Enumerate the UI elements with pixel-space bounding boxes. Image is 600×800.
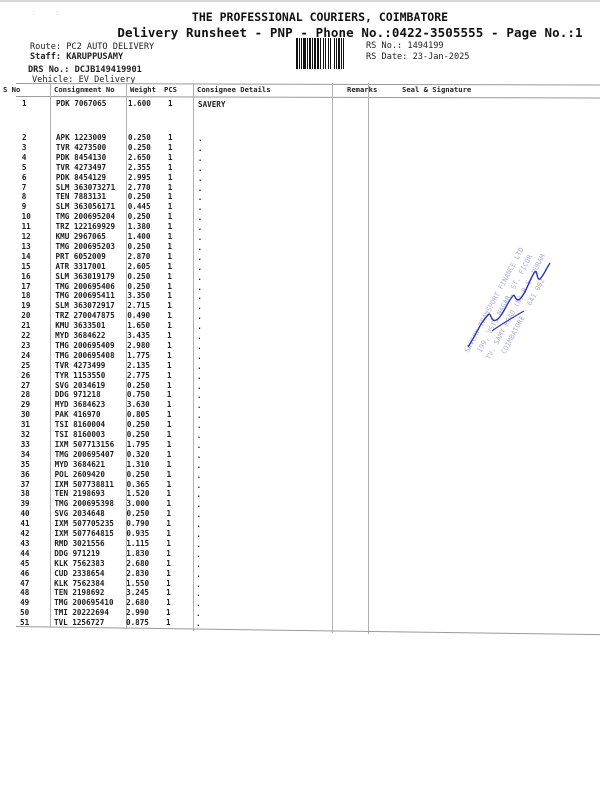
row-pcs: 1 bbox=[166, 549, 171, 558]
row-weight: 0.250 bbox=[127, 272, 150, 281]
row-consignment-no: DDG 971219 bbox=[54, 549, 100, 558]
row-consignee: . bbox=[197, 312, 202, 321]
row-consignment-no: IXM 507764815 bbox=[54, 529, 113, 538]
row-sno: 23 bbox=[21, 341, 30, 350]
row-consignment-no: TVL 1256727 bbox=[54, 618, 104, 627]
rs-number: RS No.: 1494199 bbox=[366, 41, 444, 51]
row-sno: 25 bbox=[21, 361, 30, 370]
row-pcs: 1 bbox=[168, 133, 173, 142]
row-weight: 0.250 bbox=[128, 192, 151, 201]
row-pcs: 1 bbox=[167, 341, 172, 350]
row-pcs: 1 bbox=[167, 311, 172, 320]
row-consignee: . bbox=[198, 243, 203, 252]
row-weight: 0.445 bbox=[128, 202, 151, 211]
row-weight: 0.935 bbox=[126, 529, 149, 538]
row-weight: 0.250 bbox=[128, 212, 151, 221]
row-consignment-no: TMI 20222694 bbox=[54, 608, 109, 617]
row-sno: 4 bbox=[22, 153, 27, 162]
row-weight: 0.250 bbox=[128, 133, 151, 142]
row-consignee: . bbox=[196, 580, 201, 589]
row-weight: 2.830 bbox=[126, 569, 149, 578]
row-pcs: 1 bbox=[167, 291, 172, 300]
row-pcs: 1 bbox=[167, 489, 172, 498]
row-consignee: . bbox=[196, 560, 201, 569]
row-weight: 2.715 bbox=[127, 301, 150, 310]
row-weight: 0.490 bbox=[127, 311, 150, 320]
row-consignment-no: TSI 8160003 bbox=[55, 430, 105, 439]
row-consignment-no: KLK 7562383 bbox=[54, 559, 104, 568]
col-header-pcs: PCS bbox=[164, 83, 177, 96]
row-pcs: 1 bbox=[168, 173, 173, 182]
row-consignment-no: TMG 200695398 bbox=[54, 499, 113, 508]
row-sno: 1 bbox=[22, 99, 27, 108]
row-consignee: . bbox=[197, 431, 202, 440]
row-consignee: . bbox=[196, 599, 201, 608]
row-sno: 27 bbox=[21, 381, 30, 390]
row-consignment-no: TMG 200695407 bbox=[55, 450, 114, 459]
row-weight: 2.355 bbox=[128, 163, 151, 172]
row-weight: 2.870 bbox=[127, 252, 150, 261]
col-divider-seal bbox=[368, 83, 369, 634]
barcode-icon bbox=[296, 38, 362, 69]
row-consignee: . bbox=[196, 510, 201, 519]
row-sno: 45 bbox=[20, 559, 29, 568]
row-consignee: . bbox=[196, 619, 201, 628]
row-consignment-no: PAK 416970 bbox=[55, 410, 101, 419]
row-pcs: 1 bbox=[166, 579, 171, 588]
row-consignee: . bbox=[198, 164, 203, 173]
row-consignment-no: KMU 3633501 bbox=[55, 321, 105, 330]
row-pcs: 1 bbox=[166, 559, 171, 568]
row-weight: 3.350 bbox=[127, 291, 150, 300]
row-weight: 0.320 bbox=[127, 450, 150, 459]
row-consignee: . bbox=[196, 530, 201, 539]
row-pcs: 1 bbox=[167, 420, 172, 429]
row-sno: 41 bbox=[20, 519, 29, 528]
row-consignee: . bbox=[196, 540, 201, 549]
row-consignment-no: TMG 200695411 bbox=[55, 291, 114, 300]
row-pcs: 1 bbox=[168, 242, 173, 251]
row-weight: 1.795 bbox=[127, 440, 150, 449]
row-sno: 44 bbox=[20, 549, 29, 558]
col-header-sno: S No bbox=[3, 83, 20, 96]
row-consignee: . bbox=[197, 372, 202, 381]
row-consignment-no: PDK 8454129 bbox=[56, 173, 106, 182]
row-consignee: . bbox=[197, 332, 202, 341]
row-sno: 15 bbox=[21, 262, 30, 271]
row-consignee: . bbox=[198, 154, 203, 163]
row-sno: 8 bbox=[22, 192, 27, 201]
row-sno: 6 bbox=[22, 173, 27, 182]
row-sno: 19 bbox=[21, 301, 30, 310]
company-title: THE PROFESSIONAL COURIERS, COIMBATORE bbox=[20, 10, 600, 24]
row-sno: 29 bbox=[21, 400, 30, 409]
row-weight: 3.000 bbox=[126, 499, 149, 508]
row-sno: 49 bbox=[20, 598, 29, 607]
row-weight: 0.250 bbox=[127, 381, 150, 390]
row-consignment-no: TSI 8160004 bbox=[55, 420, 105, 429]
row-consignee: . bbox=[197, 421, 202, 430]
row-consignment-no: SLM 363072917 bbox=[55, 301, 114, 310]
col-divider-consignment bbox=[50, 83, 51, 627]
row-pcs: 1 bbox=[167, 301, 172, 310]
row-sno: 7 bbox=[22, 183, 27, 192]
col-divider-remarks bbox=[332, 83, 333, 633]
row-pcs: 1 bbox=[167, 480, 172, 489]
row-consignment-no: TMG 200695406 bbox=[55, 282, 114, 291]
row-consignment-no: MYD 3684621 bbox=[55, 460, 105, 469]
row-consignment-no: TYR 1153550 bbox=[55, 371, 105, 380]
table-bottom-border bbox=[16, 626, 600, 635]
row-sno: 22 bbox=[21, 331, 30, 340]
row-consignee: . bbox=[198, 223, 203, 232]
row-weight: 2.770 bbox=[128, 183, 151, 192]
drs-number: DRS No.: DCJB149419901 bbox=[28, 65, 142, 75]
row-consignment-no: TVR 4273497 bbox=[56, 163, 106, 172]
row-pcs: 1 bbox=[167, 262, 172, 271]
col-header-seal: Seal & Signature bbox=[402, 83, 471, 96]
row-sno: 51 bbox=[20, 618, 29, 627]
row-consignee: . bbox=[198, 174, 203, 183]
col-header-remarks: Remarks bbox=[347, 83, 377, 96]
row-pcs: 1 bbox=[166, 539, 171, 548]
row-consignee: . bbox=[197, 382, 202, 391]
row-sno: 32 bbox=[21, 430, 30, 439]
row-weight: 2.990 bbox=[126, 608, 149, 617]
row-sno: 38 bbox=[21, 489, 30, 498]
row-consignee: . bbox=[196, 520, 201, 529]
svg-text:COIMBATORE - 641 002: COIMBATORE - 641 002 bbox=[500, 277, 547, 355]
row-weight: 0.250 bbox=[127, 282, 150, 291]
row-pcs: 1 bbox=[166, 588, 171, 597]
row-sno: 37 bbox=[21, 480, 30, 489]
row-consignment-no: SLM 363019179 bbox=[55, 272, 114, 281]
row-weight: 0.250 bbox=[126, 509, 149, 518]
row-consignment-no: TEN 2198693 bbox=[55, 489, 105, 498]
row-consignment-no: TVR 4273499 bbox=[55, 361, 105, 370]
row-consignee: . bbox=[197, 461, 202, 470]
row-pcs: 1 bbox=[167, 460, 172, 469]
row-consignment-no: IXM 507705235 bbox=[54, 519, 113, 528]
row-sno: 33 bbox=[21, 440, 30, 449]
row-pcs: 1 bbox=[167, 400, 172, 409]
row-consignment-no: APK 1223009 bbox=[56, 133, 106, 142]
staff-label: Staff: KARUPPUSAMY bbox=[30, 52, 123, 62]
row-pcs: 1 bbox=[168, 222, 173, 231]
row-sno: 12 bbox=[22, 232, 31, 241]
row-consignment-no: MYD 3684622 bbox=[55, 331, 105, 340]
row-consignment-no: SLM 363056171 bbox=[56, 202, 115, 211]
row-sno: 21 bbox=[21, 321, 30, 330]
row-sno: 35 bbox=[21, 460, 30, 469]
row-sno: 39 bbox=[20, 499, 29, 508]
row-sno: 42 bbox=[20, 529, 29, 538]
row-sno: 48 bbox=[20, 588, 29, 597]
svg-text:TV. SAMY ROAD (N) R.S. PURAM: TV. SAMY ROAD (N) R.S. PURAM bbox=[485, 253, 547, 361]
row-consignee: . bbox=[197, 292, 202, 301]
row-consignee: . bbox=[197, 362, 202, 371]
row-consignment-no: PDK 7067065 bbox=[56, 99, 106, 108]
row-pcs: 1 bbox=[168, 192, 173, 201]
row-consignee: . bbox=[197, 322, 202, 331]
row-weight: 1.600 bbox=[128, 99, 151, 108]
row-weight: 3.630 bbox=[127, 400, 150, 409]
row-weight: 3.435 bbox=[127, 331, 150, 340]
row-pcs: 1 bbox=[167, 252, 172, 261]
row-consignee: . bbox=[198, 144, 203, 153]
row-pcs: 1 bbox=[166, 608, 171, 617]
row-consignee: . bbox=[196, 589, 201, 598]
row-weight: 1.650 bbox=[127, 321, 150, 330]
row-consignment-no: TEN 2198692 bbox=[54, 588, 104, 597]
row-consignment-no: TMG 200695408 bbox=[55, 351, 114, 360]
row-consignee: . bbox=[197, 471, 202, 480]
row-weight: 1.775 bbox=[127, 351, 150, 360]
row-sno: 10 bbox=[22, 212, 31, 221]
row-sno: 9 bbox=[22, 202, 27, 211]
row-consignment-no: ATR 3317001 bbox=[55, 262, 105, 271]
row-pcs: 1 bbox=[166, 569, 171, 578]
row-consignment-no: DDG 971218 bbox=[55, 390, 101, 399]
row-consignment-no: PRT 6052009 bbox=[55, 252, 105, 261]
row-consignee: . bbox=[197, 263, 202, 272]
row-consignee: . bbox=[197, 283, 202, 292]
row-sno: 17 bbox=[21, 282, 30, 291]
row-pcs: 1 bbox=[167, 381, 172, 390]
row-consignment-no: TMG 200695203 bbox=[56, 242, 115, 251]
row-weight: 2.680 bbox=[126, 598, 149, 607]
row-weight: 2.680 bbox=[126, 559, 149, 568]
row-sno: 31 bbox=[21, 420, 30, 429]
row-consignment-no: CUD 2338654 bbox=[54, 569, 104, 578]
row-consignment-no: IXM 507713156 bbox=[55, 440, 114, 449]
row-pcs: 1 bbox=[166, 509, 171, 518]
row-consignee: . bbox=[197, 342, 202, 351]
row-sno: 50 bbox=[20, 608, 29, 617]
row-weight: 0.250 bbox=[128, 143, 151, 152]
row-pcs: 1 bbox=[168, 143, 173, 152]
row-consignment-no: SLM 363073271 bbox=[56, 183, 115, 192]
row-consignee: . bbox=[196, 609, 201, 618]
col-header-weight: Weight bbox=[130, 83, 156, 96]
row-consignee: . bbox=[197, 253, 202, 262]
row-consignment-no: TRZ 122169929 bbox=[56, 222, 115, 231]
row-pcs: 1 bbox=[167, 440, 172, 449]
row-weight: 0.790 bbox=[126, 519, 149, 528]
svg-text:SAVERY TRANSPORT FINANCE LTD: SAVERY TRANSPORT FINANCE LTD bbox=[463, 246, 525, 354]
row-sno: 40 bbox=[20, 509, 29, 518]
row-weight: 1.830 bbox=[126, 549, 149, 558]
row-consignee: . bbox=[196, 550, 201, 559]
row-pcs: 1 bbox=[168, 202, 173, 211]
row-consignee: . bbox=[197, 273, 202, 282]
row-pcs: 1 bbox=[166, 618, 171, 627]
row-pcs: 1 bbox=[168, 232, 173, 241]
col-header-consignment: Consignment No bbox=[54, 83, 115, 96]
row-weight: 3.245 bbox=[126, 588, 149, 597]
row-consignee: . bbox=[198, 193, 203, 202]
row-pcs: 1 bbox=[167, 450, 172, 459]
route-label: Route: PC2 AUTO DELIVERY bbox=[30, 42, 154, 52]
row-consignment-no: PDK 8454130 bbox=[56, 153, 106, 162]
row-consignment-no: RMD 3021556 bbox=[54, 539, 104, 548]
row-consignee: . bbox=[198, 184, 203, 193]
row-consignee: . bbox=[197, 481, 202, 490]
row-sno: 43 bbox=[20, 539, 29, 548]
row-consignment-no: MYD 3684623 bbox=[55, 400, 105, 409]
row-pcs: 1 bbox=[167, 410, 172, 419]
row-consignee: . bbox=[198, 203, 203, 212]
row-consignee: . bbox=[197, 401, 202, 410]
row-weight: 0.365 bbox=[127, 480, 150, 489]
row-sno: 28 bbox=[21, 390, 30, 399]
row-pcs: 1 bbox=[166, 499, 171, 508]
row-weight: 2.135 bbox=[127, 361, 150, 370]
row-sno: 34 bbox=[21, 450, 30, 459]
row-consignee: . bbox=[196, 500, 201, 509]
row-sno: 14 bbox=[21, 252, 30, 261]
row-consignee: . bbox=[197, 451, 202, 460]
row-sno: 3 bbox=[22, 143, 27, 152]
row-consignee: . bbox=[197, 352, 202, 361]
row-pcs: 1 bbox=[167, 470, 172, 479]
row-consignee: . bbox=[197, 441, 202, 450]
row-weight: 0.250 bbox=[127, 430, 150, 439]
row-consignment-no: TMG 200695410 bbox=[54, 598, 113, 607]
row-sno: 16 bbox=[21, 272, 30, 281]
row-sno: 24 bbox=[21, 351, 30, 360]
row-weight: 2.650 bbox=[128, 153, 151, 162]
row-pcs: 1 bbox=[168, 183, 173, 192]
row-pcs: 1 bbox=[167, 390, 172, 399]
row-sno: 2 bbox=[22, 133, 27, 142]
row-sno: 11 bbox=[22, 222, 31, 231]
row-pcs: 1 bbox=[166, 529, 171, 538]
row-consignment-no: SVG 2034648 bbox=[54, 509, 104, 518]
row-pcs: 1 bbox=[166, 519, 171, 528]
row-pcs: 1 bbox=[168, 212, 173, 221]
row-sno: 20 bbox=[21, 311, 30, 320]
row-consignment-no: TRZ 270047875 bbox=[55, 311, 114, 320]
seal-stamp-icon: SAVERY TRANSPORT FINANCE LTD 199, VSTS N… bbox=[440, 235, 580, 375]
row-weight: 2.980 bbox=[127, 341, 150, 350]
row-pcs: 1 bbox=[167, 371, 172, 380]
row-consignment-no: TMG 200695204 bbox=[56, 212, 115, 221]
row-consignee: . bbox=[198, 233, 203, 242]
row-pcs: 1 bbox=[167, 351, 172, 360]
row-weight: 0.250 bbox=[127, 420, 150, 429]
row-weight: 1.550 bbox=[126, 579, 149, 588]
row-consignment-no: TEN 7883131 bbox=[56, 192, 106, 201]
row-sno: 13 bbox=[22, 242, 31, 251]
row-weight: 0.250 bbox=[127, 470, 150, 479]
scan-top-edge bbox=[0, 0, 600, 2]
row-weight: 1.310 bbox=[127, 460, 150, 469]
row-sno: 30 bbox=[21, 410, 30, 419]
row-sno: 36 bbox=[21, 470, 30, 479]
row-weight: 2.995 bbox=[128, 173, 151, 182]
row-weight: 1.520 bbox=[127, 489, 150, 498]
row-weight: 1.115 bbox=[126, 539, 149, 548]
row-consignment-no: TMG 200695409 bbox=[55, 341, 114, 350]
row-consignment-no: KLK 7562384 bbox=[54, 579, 104, 588]
row-consignment-no: SVG 2034619 bbox=[55, 381, 105, 390]
row-pcs: 1 bbox=[168, 163, 173, 172]
row-consignee: . bbox=[197, 490, 202, 499]
col-header-consignee: Consignee Details bbox=[197, 83, 271, 96]
row-pcs: 1 bbox=[167, 282, 172, 291]
row-weight: 0.750 bbox=[127, 390, 150, 399]
row-pcs: 1 bbox=[167, 272, 172, 281]
row-consignment-no: IXM 507738811 bbox=[55, 480, 114, 489]
row-weight: 0.250 bbox=[128, 242, 151, 251]
row-sno: 26 bbox=[21, 371, 30, 380]
row-consignment-no: KMU 2967065 bbox=[56, 232, 106, 241]
row-sno: 5 bbox=[22, 163, 27, 172]
row-sno: 46 bbox=[20, 569, 29, 578]
row-pcs: 1 bbox=[167, 321, 172, 330]
row-weight: 1.380 bbox=[128, 222, 151, 231]
row-consignment-no: TVR 4273500 bbox=[56, 143, 106, 152]
row-pcs: 1 bbox=[167, 361, 172, 370]
row-consignee: . bbox=[198, 134, 203, 143]
row-pcs: 1 bbox=[168, 153, 173, 162]
row-weight: 2.775 bbox=[127, 371, 150, 380]
row-sno: 47 bbox=[20, 579, 29, 588]
row-consignee: . bbox=[198, 213, 203, 222]
row-weight: 1.400 bbox=[128, 232, 151, 241]
row-weight: 0.875 bbox=[126, 618, 149, 627]
row-consignee: . bbox=[197, 391, 202, 400]
row-consignee: SAVERY bbox=[198, 100, 225, 109]
rs-date: RS Date: 23-Jan-2025 bbox=[366, 52, 469, 62]
row-weight: 2.605 bbox=[127, 262, 150, 271]
svg-text:199, VSTS NAGAR, ST. FICOR: 199, VSTS NAGAR, ST. FICOR bbox=[476, 253, 535, 354]
row-consignee: . bbox=[197, 411, 202, 420]
row-consignee: . bbox=[196, 570, 201, 579]
row-weight: 0.805 bbox=[127, 410, 150, 419]
row-pcs: 1 bbox=[167, 331, 172, 340]
row-sno: 18 bbox=[21, 291, 30, 300]
row-pcs: 1 bbox=[166, 598, 171, 607]
col-divider-consignee bbox=[193, 83, 194, 631]
row-pcs: 1 bbox=[167, 430, 172, 439]
row-pcs: 1 bbox=[168, 99, 173, 108]
signature-icon bbox=[468, 263, 550, 347]
row-consignment-no: POL 2609420 bbox=[55, 470, 105, 479]
row-consignee: . bbox=[197, 302, 202, 311]
